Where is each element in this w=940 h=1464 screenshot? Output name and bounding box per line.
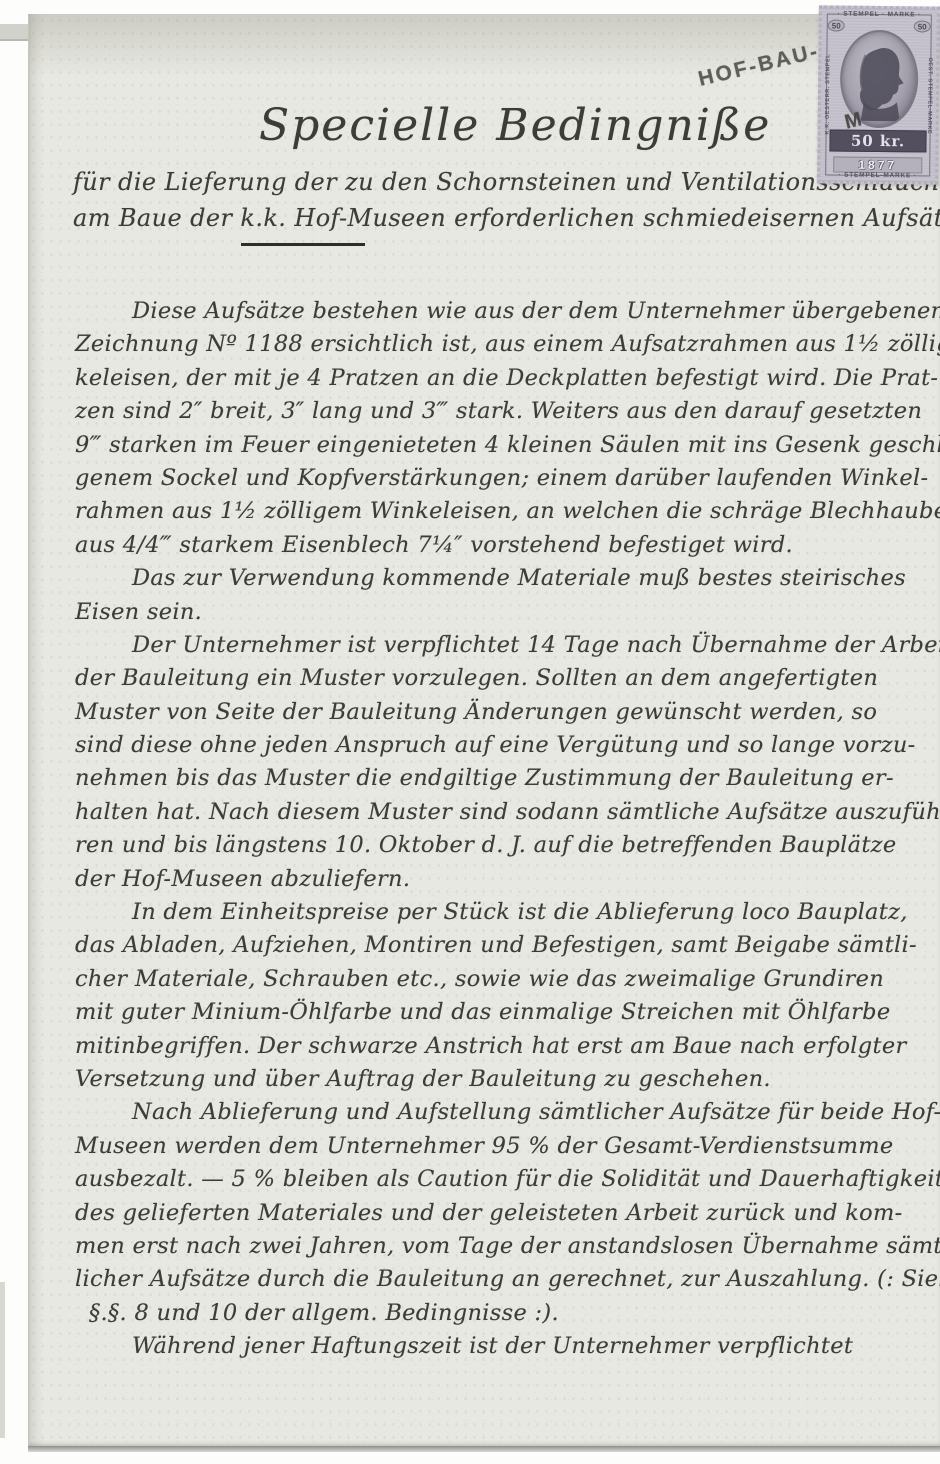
body-line: Nach Ablieferung und Aufstellung sämtlic… <box>75 1096 917 1129</box>
body-line: Während jener Haftungszeit ist der Unter… <box>75 1330 917 1363</box>
body-line: Der Unternehmer ist verpflichtet 14 Tage… <box>75 629 917 662</box>
body-line: licher Aufsätze durch die Bauleitung an … <box>75 1263 917 1296</box>
page-title: Specielle Bedingniße <box>259 100 679 151</box>
body-line: halten hat. Nach diesem Muster sind soda… <box>75 796 917 829</box>
body-line: §.§. 8 und 10 der allgem. Bedingnisse :)… <box>75 1297 917 1330</box>
subtitle-line: für die Lieferung der zu den Schornstein… <box>73 164 919 200</box>
body-line: das Abladen, Aufziehen, Montiren und Bef… <box>75 929 917 962</box>
body-line: men erst nach zwei Jahren, vom Tage der … <box>75 1230 917 1263</box>
body-line: keleisen, der mit je 4 Pratzen an die De… <box>75 362 917 395</box>
document-subtitle: für die Lieferung der zu den Schornstein… <box>73 164 919 236</box>
neighbor-sheet-tab <box>0 24 30 41</box>
body-line: sind diese ohne jeden Anspruch auf eine … <box>75 729 917 762</box>
revenue-stamp-corner-value: 50 <box>828 19 845 31</box>
body-line: ausbezalt. — 5 % bleiben als Caution für… <box>75 1163 917 1196</box>
body-line: zen sind 2″ breit, 3″ lang und 3‴ stark.… <box>75 395 917 428</box>
scan-canvas: Specielle Bedingniße für die Lieferung d… <box>0 0 940 1464</box>
neighbor-sheet-edge <box>0 1282 5 1438</box>
body-line: cher Materiale, Schrauben etc., sowie wi… <box>75 963 917 996</box>
body-line: Versetzung und über Auftrag der Bauleitu… <box>75 1063 917 1096</box>
body-line: Das zur Verwendung kommende Materiale mu… <box>75 562 917 595</box>
body-line: der Bauleitung ein Muster vorzulegen. So… <box>75 662 917 695</box>
body-line: Museen werden dem Unternehmer 95 % der G… <box>75 1130 917 1163</box>
body-line: In dem Einheitspreise per Stück ist die … <box>75 896 917 929</box>
subtitle-line: am Baue der k.k. Hof-Museen erforderlich… <box>73 200 919 236</box>
body-line: genem Sockel und Kopfverstärkungen; eine… <box>75 462 917 495</box>
revenue-stamp-right-text: OEST. STEMPEL-MARKE <box>926 36 933 156</box>
revenue-stamp: · STEMPEL · MARKE · 50 50 K.K. OESTERR. … <box>817 5 940 184</box>
document-body: Diese Aufsätze bestehen wie aus der dem … <box>75 295 917 1364</box>
body-line: rahmen aus 1½ zölligem Winkeleisen, an w… <box>75 495 917 528</box>
body-line: ren und bis längstens 10. Oktober d. J. … <box>75 829 917 862</box>
stamp-denomination: 50 kr. <box>829 129 926 152</box>
body-line: Muster von Seite der Bauleitung Änderung… <box>75 696 917 729</box>
page-bottom-edge-shadow <box>28 1446 940 1452</box>
body-line: Diese Aufsätze bestehen wie aus der dem … <box>75 295 917 328</box>
revenue-stamp-corner-value: 50 <box>914 20 931 32</box>
body-line: mitinbegriffen. Der schwarze Anstrich ha… <box>75 1030 917 1063</box>
title-underline <box>241 243 365 246</box>
revenue-stamp-bottom-text: · STEMPEL-MARKE · <box>820 171 935 179</box>
body-line: des gelieferten Materiales und der gelei… <box>75 1197 917 1230</box>
body-line: Eisen sein. <box>75 596 917 629</box>
body-line: der Hof-Museen abzuliefern. <box>75 863 917 896</box>
body-line: aus 4/4‴ starkem Eisenblech 7¼″ vorstehe… <box>75 529 917 562</box>
body-line: 9‴ starken im Feuer eingenieteten 4 klei… <box>75 429 917 462</box>
document-page: Specielle Bedingniße für die Lieferung d… <box>28 14 940 1446</box>
body-line: mit guter Minium-Öhlfarbe und das einmal… <box>75 996 917 1029</box>
body-line: Zeichnung Nº 1188 ersichtlich ist, aus e… <box>75 328 917 361</box>
revenue-stamp-top-text: · STEMPEL · MARKE · <box>822 10 937 18</box>
body-line: nehmen bis das Muster die endgiltige Zus… <box>75 762 917 795</box>
